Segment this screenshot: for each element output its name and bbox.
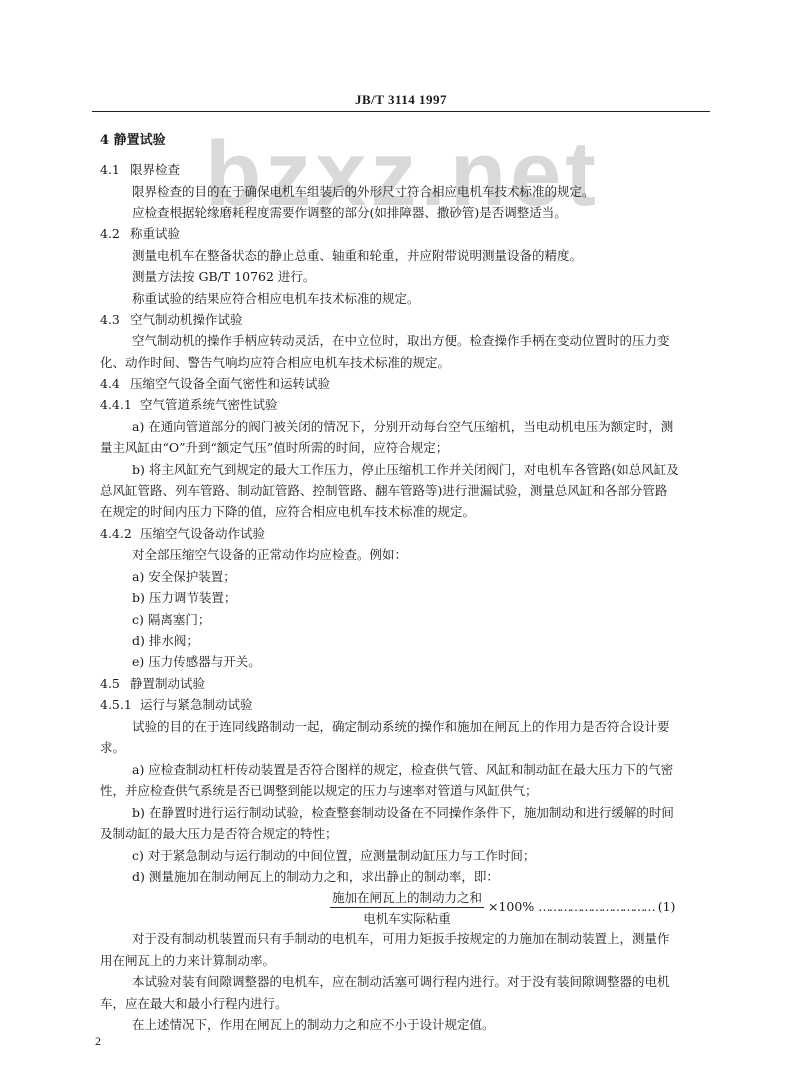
list-item-b: b) 将主风缸充气到规定的最大工作压力，停止压缩机工作并关闭阀门，对电机车各管路… [132,462,679,478]
list-item-a: a) 应检查制动杠杆传动装置是否符合图样的规定，检查供气管、风缸和制动缸在最大压… [132,762,673,778]
formula-braking-ratio: 施加在闸瓦上的制动力之和 电机车实际粘重 ×100% …………………………… (… [330,888,675,927]
formula-numerator: 施加在闸瓦上的制动力之和 [330,888,484,908]
paragraph: 求。 [100,740,125,756]
paragraph: 限界检查的目的在于确保电机车组装后的外形尺寸符合相应电机车技术标准的规定。 [132,184,595,200]
section-4-4-2-heading: 4.4.2压缩空气设备动作试验 [100,526,265,542]
section-number: 4.5 [100,676,130,692]
page-number: 2 [95,1034,101,1049]
list-item: d) 排水阀； [132,633,199,649]
list-item: c) 隔离塞门； [132,612,210,628]
section-title: 空气管道系统气密性试验 [140,397,278,412]
list-item-b: b) 在静置时进行运行制动试验，检查整套制动设备在不同操作条件下，施加制动和进行… [132,805,674,821]
paragraph: 用在闸瓦上的力来计算制动率。 [100,953,275,969]
section-title: 运行与紧急制动试验 [140,697,253,712]
formula-leader: …………………………… [538,899,654,914]
header-rule [92,111,710,112]
equation-number: (1) [658,899,676,914]
list-item-a-cont: 量主风缸由“O”升到“额定气压”值时所需的时间，应符合规定； [100,440,448,456]
paragraph: 空气制动机的操作手柄应转动灵活，在中立位时，取出方便。检查操作手柄在变动位置时的… [132,333,670,349]
formula-denominator: 电机车实际粘重 [330,908,484,927]
section-number: 4.2 [100,226,130,242]
section-number: 4.5.1 [100,697,140,713]
section-number: 4.4.1 [100,397,140,413]
paragraph: 对全部压缩空气设备的正常动作均应检查。例如： [132,547,407,563]
paragraph: 本试验对装有间隙调整器的电机车，应在制动活塞可调行程内进行。对于没有装间隙调整器… [132,974,670,990]
list-item-d: d) 测量施加在制动闸瓦上的制动力之和，求出静止的制动率，即： [132,869,499,885]
list-item-b-cont: 总风缸管路、列车管路、制动缸管路、控制管路、翻车管路等)进行泄漏试验，测量总风缸… [100,483,667,499]
list-item-b-cont: 及制动缸的最大压力是否符合规定的特性； [100,826,338,842]
section-title: 静置试验 [114,133,166,148]
list-item-c: c) 对于紧急制动与运行制动的中间位置，应测量制动缸压力与工作时间； [132,848,535,864]
section-title: 压缩空气设备全面气密性和运转试验 [130,376,330,391]
paragraph: 对于没有制动机装置而只有手制动的电机车，可用力矩扳手按规定的力施加在制动装置上，… [132,931,670,947]
paragraph: 在上述情况下，作用在闸瓦上的制动力之和应不小于设计规定值。 [132,1017,495,1033]
list-item-b-cont: 在规定的时间内压力下降的值，应符合相应电机车技术标准的规定。 [100,504,475,520]
section-4-3-heading: 4.3空气制动机操作试验 [100,312,243,328]
section-4-heading: 4 静置试验 [100,133,166,149]
section-title: 压缩空气设备动作试验 [140,526,265,541]
section-title: 限界检查 [130,162,180,177]
section-4-5-heading: 4.5静置制动试验 [100,676,205,692]
section-4-5-1-heading: 4.5.1运行与紧急制动试验 [100,697,253,713]
list-item-a: a) 在通向管道部分的阀门被关闭的情况下，分别开动每台空气压缩机，当电动机电压为… [132,419,673,435]
section-title: 称重试验 [130,226,180,241]
fraction: 施加在闸瓦上的制动力之和 电机车实际粘重 [330,888,484,927]
section-number: 4 [100,133,109,148]
section-number: 4.4 [100,376,130,392]
list-item: b) 压力调节装置； [132,590,236,606]
paragraph: 应检查根据轮缘磨耗程度需要作调整的部分(如排障器、撒砂管)是否调整适当。 [132,205,567,221]
list-item: e) 压力传感器与开关。 [132,654,261,670]
paragraph: 化、动作时间、警告气响均应符合相应电机车技术标准的规定。 [100,355,450,371]
list-item-a-cont: 性，并应检查供气系统是否已调整到能以规定的压力与速率对管道与风缸供气； [100,783,538,799]
paragraph: 试验的目的在于连同线路制动一起，确定制动系统的操作和施加在闸瓦上的作用力是否符合… [132,719,670,735]
document-header: JB/T 3114 1997 [92,92,710,108]
section-4-4-1-heading: 4.4.1空气管道系统气密性试验 [100,397,278,413]
section-4-4-heading: 4.4压缩空气设备全面气密性和运转试验 [100,376,330,392]
paragraph: 测量方法按 GB/T 10762 进行。 [132,269,315,285]
section-number: 4.4.2 [100,526,140,542]
section-4-1-heading: 4.1限界检查 [100,162,180,178]
paragraph: 测量电机车在整备状态的静止总重、轴重和轮重，并应附带说明测量设备的精度。 [132,248,582,264]
paragraph: 车，应在最大和最小行程内进行。 [100,996,288,1012]
formula-multiplier: ×100% [488,899,534,914]
section-4-2-heading: 4.2称重试验 [100,226,180,242]
paragraph: 称重试验的结果应符合相应电机车技术标准的规定。 [132,291,420,307]
section-number: 4.1 [100,162,130,178]
section-title: 空气制动机操作试验 [130,312,243,327]
section-title: 静置制动试验 [130,676,205,691]
list-item: a) 安全保护装置； [132,569,236,585]
section-number: 4.3 [100,312,130,328]
